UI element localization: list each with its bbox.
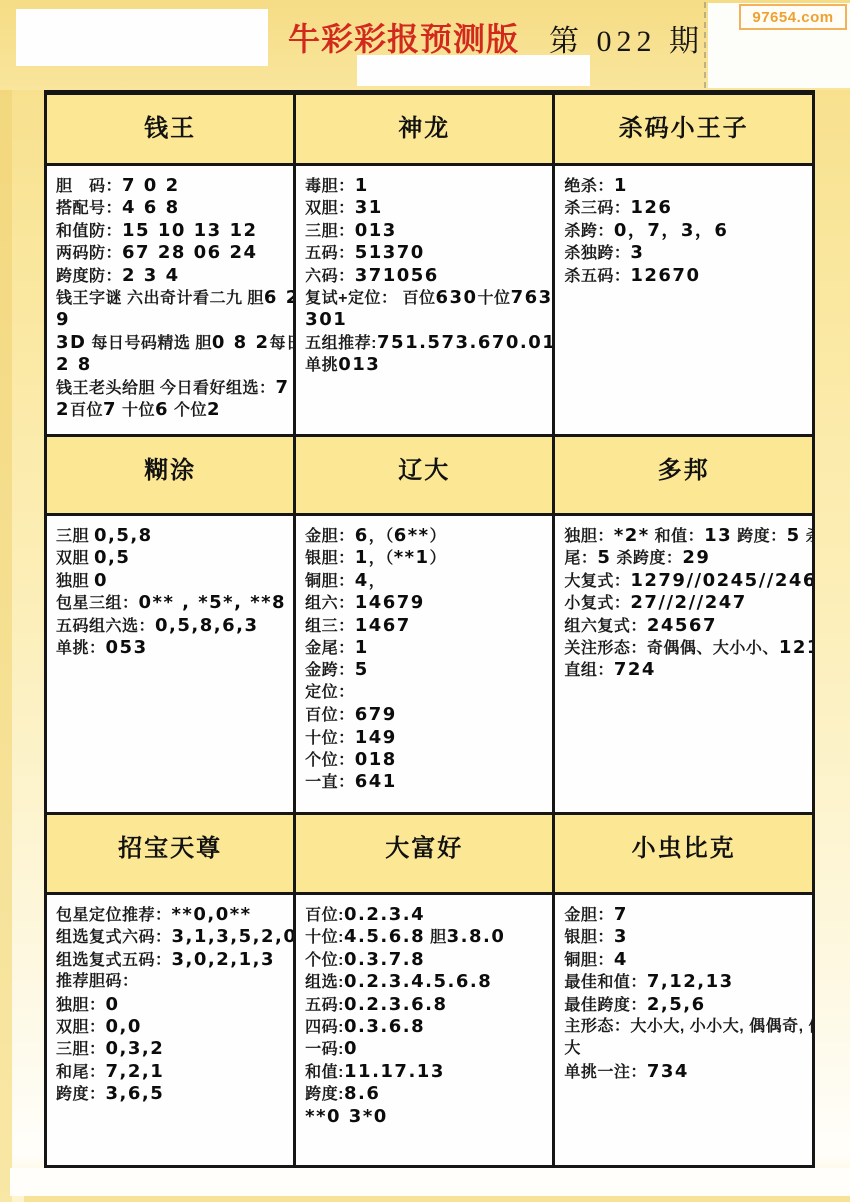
- prediction-line: 三胆：013: [305, 220, 549, 242]
- prediction-label: 组选复式五码：: [56, 952, 172, 969]
- prediction-value: 6 2: [264, 287, 296, 308]
- prediction-value: 6**: [394, 525, 430, 546]
- prediction-value: 5: [787, 525, 801, 546]
- prediction-label: 一直：: [305, 774, 355, 791]
- prediction-value: 2: [207, 399, 221, 420]
- issue-number: 第 022 期: [549, 16, 704, 60]
- prediction-value: 371056: [355, 265, 439, 286]
- prediction-line: 小复式：27//2//247: [564, 592, 809, 614]
- section-header-dafuhao: 大富好: [296, 815, 555, 895]
- prediction-line: 大: [564, 1038, 809, 1060]
- prediction-line: 铜胆：4: [564, 949, 809, 971]
- section-title: 神龙: [398, 108, 450, 143]
- prediction-label: 独胆: [56, 573, 94, 590]
- prediction-value: 51370: [355, 242, 425, 263]
- prediction-label: 五码：: [305, 245, 355, 262]
- prediction-label: 绝杀：: [564, 178, 614, 195]
- prediction-label: 毒胆：: [305, 178, 355, 195]
- prediction-line: 和尾：7,2,1: [56, 1061, 290, 1083]
- prediction-value: 5: [597, 547, 611, 568]
- prediction-value: 6: [155, 399, 169, 420]
- prediction-label: 胆 码：: [56, 178, 122, 195]
- prediction-label: 大: [564, 1040, 581, 1057]
- prediction-table: 钱王 神龙 杀码小王子 胆 码：7 0 2搭配号：4 6 8和值防：15 10 …: [44, 90, 815, 1168]
- prediction-label: 每日号码精选 胆: [86, 335, 211, 352]
- prediction-value: 27//2//247: [630, 592, 746, 613]
- prediction-value: 6: [355, 525, 369, 546]
- prediction-value: 121: [779, 637, 812, 658]
- prediction-value: 1: [355, 175, 369, 196]
- prediction-line: 单挑一注：734: [564, 1061, 809, 1083]
- prediction-label: 跨度:: [305, 1086, 344, 1103]
- prediction-label: 六码：: [305, 268, 355, 285]
- prediction-value: 29: [682, 547, 710, 568]
- dashed-cut-line: [704, 2, 706, 88]
- section-header-duobang: 多邦: [555, 437, 812, 516]
- prediction-line: 跨度防：2 3 4: [56, 265, 290, 287]
- prediction-line: 杀三码：126: [564, 197, 809, 219]
- section-content-qianwang: 胆 码：7 0 2搭配号：4 6 8和值防：15 10 13 12两码防：67 …: [47, 166, 296, 437]
- prediction-label: 杀和: [801, 528, 812, 545]
- prediction-line: 百位:0.2.3.4: [305, 904, 549, 926]
- prediction-value: 3.8.0: [447, 926, 506, 947]
- prediction-label: 三胆: [56, 528, 94, 545]
- prediction-label: 杀跨度：: [611, 550, 682, 567]
- prediction-line: 搭配号：4 6 8: [56, 197, 290, 219]
- prediction-line: 五组推荐:751.573.670.015.763.: [305, 332, 549, 354]
- prediction-label: 主形态：大小大, 小小大, 偶偶奇, 偶奇: [564, 1018, 812, 1035]
- prediction-line: 组选复式五码：3,0,2,1,3: [56, 949, 290, 971]
- prediction-label: 十位: [117, 402, 155, 419]
- prediction-label: ）: [430, 550, 447, 567]
- prediction-line: 包星三组：0** , *5*, **8: [56, 592, 290, 614]
- prediction-value: 734: [647, 1061, 689, 1082]
- prediction-line: 大复式：1279//0245//2467: [564, 570, 809, 592]
- prediction-line: 三胆：0,3,2: [56, 1038, 290, 1060]
- section-title: 大富好: [385, 828, 463, 863]
- section-content-hutu: 三胆 0,5,8双胆 0,5独胆 0包星三组：0** , *5*, **8五码组…: [47, 516, 296, 815]
- section-header-shamaxiaowangzi: 杀码小王子: [555, 95, 812, 166]
- prediction-value: 1: [355, 547, 369, 568]
- prediction-value: 0,5,8: [94, 525, 153, 546]
- prediction-value: 0.2.3.4.5.6.8: [344, 971, 492, 992]
- prediction-value: 3: [630, 242, 644, 263]
- prediction-label: 五码:: [305, 997, 344, 1014]
- prediction-value: 3: [614, 926, 628, 947]
- prediction-value: 24567: [647, 615, 717, 636]
- prediction-line: 五码组六选：0,5,8,6,3: [56, 615, 290, 637]
- prediction-line: 直组：724: [564, 659, 809, 681]
- prediction-value: 149: [355, 727, 397, 748]
- prediction-label: 杀独跨：: [564, 245, 630, 262]
- section-content-dafuhao: 百位:0.2.3.4十位:4.5.6.8 胆3.8.0个位:0.3.7.8组选:…: [296, 895, 555, 1165]
- prediction-label: 单挑：: [56, 640, 106, 657]
- prediction-line: 三胆 0,5,8: [56, 525, 290, 547]
- prediction-label: 推荐胆码：: [56, 973, 139, 990]
- prediction-line: 定位：: [305, 682, 549, 704]
- prediction-line: 组选复式六码：3,1,3,5,2,0: [56, 926, 290, 948]
- prediction-line: 一直：641: [305, 771, 549, 793]
- prediction-value: 0: [94, 570, 108, 591]
- prediction-line: 双胆：0,0: [56, 1016, 290, 1038]
- blank-box-left: [16, 9, 268, 66]
- section-header-zhaobaotianzun: 招宝天尊: [47, 815, 296, 895]
- prediction-label: 五组推荐:: [305, 335, 377, 352]
- prediction-value: 751.573.670.015.763.: [377, 332, 555, 353]
- prediction-line: 钱王字谜 六出奇计看二九 胆6 2: [56, 287, 290, 309]
- prediction-value: 2,5,6: [647, 994, 706, 1015]
- prediction-label: 五码组六选：: [56, 618, 155, 635]
- prediction-line: 杀五码：12670: [564, 265, 809, 287]
- prediction-value: 13: [704, 525, 732, 546]
- prediction-label: 百位: [70, 402, 103, 419]
- prediction-label: 和值:: [305, 1064, 344, 1081]
- prediction-value: 301: [305, 309, 347, 330]
- section-title: 糊涂: [144, 450, 196, 485]
- prediction-label: 复试+定位： 百位: [305, 290, 435, 307]
- prediction-label: 十位: [478, 290, 511, 307]
- prediction-value: 4: [355, 570, 369, 591]
- prediction-line: 组三：1467: [305, 615, 549, 637]
- section-title: 小虫比克: [632, 828, 736, 863]
- prediction-label: 铜胆：: [305, 573, 355, 590]
- prediction-value: 1467: [355, 615, 411, 636]
- section-content-xiaochongbike: 金胆：7银胆：3铜胆：4最佳和值：7,12,13最佳跨度：2,5,6主形态：大小…: [555, 895, 812, 1165]
- prediction-label: 两码防：: [56, 245, 122, 262]
- prediction-label: 杀五码：: [564, 268, 630, 285]
- prediction-line: 2百位7 十位6 个位2: [56, 399, 290, 421]
- prediction-line: 最佳跨度：2,5,6: [564, 994, 809, 1016]
- prediction-value: 0.2.3.6.8: [344, 994, 447, 1015]
- prediction-value: 2 3 4: [122, 265, 180, 286]
- section-header-xiaochongbike: 小虫比克: [555, 815, 812, 895]
- prediction-value: 3,6,5: [106, 1083, 165, 1104]
- prediction-value: 11.17.13: [344, 1061, 445, 1082]
- section-header-qianwang: 钱王: [47, 95, 296, 166]
- prediction-label: 双胆: [56, 550, 94, 567]
- prediction-line: 绝杀：1: [564, 175, 809, 197]
- prediction-value: 053: [106, 637, 148, 658]
- prediction-line: 金尾：1: [305, 637, 549, 659]
- prediction-label: 金跨：: [305, 662, 355, 679]
- prediction-line: 包星定位推荐：**0,0**: [56, 904, 290, 926]
- prediction-line: 双胆 0,5: [56, 547, 290, 569]
- prediction-label: 组六复式：: [564, 618, 647, 635]
- prediction-label: 个位: [169, 402, 207, 419]
- prediction-label: ，: [369, 573, 386, 590]
- prediction-line: 独胆 0: [56, 570, 290, 592]
- prediction-label: 跨度：: [56, 1086, 106, 1103]
- prediction-line: 独胆：*2* 和值：13 跨度：5 杀和: [564, 525, 809, 547]
- prediction-line: 和值:11.17.13: [305, 1061, 549, 1083]
- prediction-value: 679: [355, 704, 397, 725]
- prediction-value: 4 6 8: [122, 197, 180, 218]
- prediction-line: 9: [56, 309, 290, 331]
- prediction-value: 1: [355, 637, 369, 658]
- prediction-value: 018: [355, 749, 397, 770]
- prediction-label: 和尾：: [56, 1064, 106, 1081]
- prediction-label: 金胆：: [564, 907, 614, 924]
- page-title: 牛彩彩报预测版: [288, 14, 519, 60]
- prediction-label: 定位：: [305, 684, 355, 701]
- prediction-label: 银胆：: [564, 929, 614, 946]
- prediction-line: 银胆：3: [564, 926, 809, 948]
- prediction-label: 金胆：: [305, 528, 355, 545]
- prediction-value: 0** , *5*, **8: [139, 592, 287, 613]
- prediction-label: 组选:: [305, 974, 344, 991]
- prediction-label: 钱王字谜 六出奇计看二九 胆: [56, 290, 264, 307]
- prediction-line: 和值防：15 10 13 12: [56, 220, 290, 242]
- prediction-value: 724: [614, 659, 656, 680]
- prediction-value: 1: [614, 175, 628, 196]
- prediction-line: 五码:0.2.3.6.8: [305, 994, 549, 1016]
- section-content-liaoda: 金胆：6，（6**）银胆：1，（**1）铜胆：4，组六：14679组三：1467…: [296, 516, 555, 815]
- prediction-value: 3,0,2,1,3: [172, 949, 275, 970]
- prediction-label: 三胆：: [305, 223, 355, 240]
- prediction-label: 三胆：: [56, 1041, 106, 1058]
- prediction-label: 十位：: [305, 730, 355, 747]
- prediction-line: 301: [305, 309, 549, 331]
- section-content-zhaobaotianzun: 包星定位推荐：**0,0**组选复式六码：3,1,3,5,2,0组选复式五码：3…: [47, 895, 296, 1165]
- prediction-label: 单挑一注：: [564, 1064, 647, 1081]
- prediction-line: 四码:0.3.6.8: [305, 1016, 549, 1038]
- prediction-value: 0: [106, 994, 120, 1015]
- prediction-line: 胆 码：7 0 2: [56, 175, 290, 197]
- section-title: 钱王: [144, 108, 196, 143]
- section-content-shenlong: 毒胆：1双胆：31三胆：013五码：51370六码：371056复试+定位： 百…: [296, 166, 555, 437]
- prediction-label: 组三：: [305, 618, 355, 635]
- prediction-label: 杀跨：: [564, 223, 614, 240]
- prediction-line: 推荐胆码：: [56, 971, 290, 993]
- prediction-line: 五码：51370: [305, 242, 549, 264]
- prediction-line: 跨度：3,6,5: [56, 1083, 290, 1105]
- prediction-line: 杀跨：0，7，3，6: [564, 220, 809, 242]
- page-bottom-edge: [24, 1196, 850, 1202]
- page-left-edge: [0, 0, 12, 1202]
- prediction-label: 独胆：: [56, 997, 106, 1014]
- prediction-line: 金胆：6，（6**）: [305, 525, 549, 547]
- prediction-line: 跨度:8.6: [305, 1083, 549, 1105]
- prediction-line: 六码：371056: [305, 265, 549, 287]
- prediction-line: 一码:0: [305, 1038, 549, 1060]
- prediction-label: 和值防：: [56, 223, 122, 240]
- prediction-value: 8.6: [344, 1083, 380, 1104]
- prediction-label: 百位:: [305, 907, 344, 924]
- watermark-text: 97654.com: [752, 9, 833, 26]
- prediction-label: 跨度：: [732, 528, 786, 545]
- prediction-value: 5: [355, 659, 369, 680]
- prediction-label: 一码:: [305, 1041, 344, 1058]
- prediction-label: 金尾：: [305, 640, 355, 657]
- prediction-label: 单挑: [305, 357, 338, 374]
- prediction-line: 杀独跨：3: [564, 242, 809, 264]
- prediction-line: 组六：14679: [305, 592, 549, 614]
- prediction-value: **0 3*0: [305, 1106, 388, 1127]
- prediction-label: 双胆：: [305, 200, 355, 217]
- prediction-value: 31: [355, 197, 383, 218]
- prediction-line: 双胆：31: [305, 197, 549, 219]
- prediction-line: 个位:0.3.7.8: [305, 949, 549, 971]
- prediction-value: 0，7，3，6: [614, 220, 729, 241]
- prediction-label: 个位：: [305, 752, 355, 769]
- prediction-value: 0.3.6.8: [344, 1016, 425, 1037]
- prediction-line: 两码防：67 28 06 24: [56, 242, 290, 264]
- prediction-label: 铜胆：: [564, 952, 614, 969]
- prediction-label: 包星定位推荐：: [56, 907, 172, 924]
- prediction-value: 7,12,13: [647, 971, 734, 992]
- prediction-line: 独胆：0: [56, 994, 290, 1016]
- top-banner: 牛彩彩报预测版 第 022 期 97654.com: [0, 0, 850, 90]
- prediction-line: 2 8: [56, 354, 290, 376]
- section-title: 招宝天尊: [118, 828, 222, 863]
- prediction-value: 126: [630, 197, 672, 218]
- prediction-line: 百位：679: [305, 704, 549, 726]
- section-header-liaoda: 辽大: [296, 437, 555, 516]
- prediction-value: 7 0 2: [122, 175, 180, 196]
- watermark-badge: 97654.com: [739, 4, 847, 30]
- prediction-label: 搭配号：: [56, 200, 122, 217]
- prediction-value: 2: [56, 399, 70, 420]
- prediction-line: 关注形态：奇偶偶、大小小、121路: [564, 637, 809, 659]
- prediction-value: 013: [355, 220, 397, 241]
- prediction-label: 直组：: [564, 662, 614, 679]
- prediction-label: 最佳跨度：: [564, 997, 647, 1014]
- prediction-line: 复试+定位： 百位630十位763个位: [305, 287, 549, 309]
- prediction-label: ）: [430, 528, 447, 545]
- prediction-label: 关注形态：奇偶偶、大小小、: [564, 640, 779, 657]
- prediction-value: 3D: [56, 332, 86, 353]
- prediction-label: 十位:: [305, 929, 344, 946]
- prediction-value: 0 8 2: [212, 332, 270, 353]
- prediction-label: 尾：: [564, 550, 597, 567]
- section-title: 多邦: [658, 450, 710, 485]
- prediction-value: 4.5.6.8: [344, 926, 425, 947]
- prediction-line: 3D 每日号码精选 胆0 8 2每日精选: [56, 332, 290, 354]
- prediction-line: 银胆：1，（**1）: [305, 547, 549, 569]
- section-header-hutu: 糊涂: [47, 437, 296, 516]
- section-content-shamaxiaowangzi: 绝杀：1杀三码：126杀跨：0，7，3，6杀独跨：3杀五码：12670: [555, 166, 812, 437]
- prediction-line: 单挑013: [305, 354, 549, 376]
- prediction-label: 组六：: [305, 595, 355, 612]
- prediction-value: 14679: [355, 592, 425, 613]
- prediction-value: 67 28 06 24: [122, 242, 258, 263]
- section-content-duobang: 独胆：*2* 和值：13 跨度：5 杀和尾：5 杀跨度：29大复式：1279//…: [555, 516, 812, 815]
- prediction-value: 763: [511, 287, 553, 308]
- prediction-value: 7 6: [275, 377, 296, 398]
- prediction-line: 主形态：大小大, 小小大, 偶偶奇, 偶奇: [564, 1016, 809, 1038]
- bottom-margin: [10, 1168, 850, 1196]
- prediction-value: 0.3.7.8: [344, 949, 425, 970]
- prediction-label: 组选复式六码：: [56, 929, 172, 946]
- prediction-line: 最佳和值：7,12,13: [564, 971, 809, 993]
- prediction-label: ，（: [369, 528, 394, 545]
- section-title: 杀码小王子: [619, 108, 749, 143]
- prediction-value: 7: [103, 399, 117, 420]
- prediction-value: 641: [355, 771, 397, 792]
- prediction-label: 百位：: [305, 707, 355, 724]
- prediction-line: **0 3*0: [305, 1106, 549, 1128]
- section-title: 辽大: [398, 450, 450, 485]
- prediction-value: 0.2.3.4: [344, 904, 425, 925]
- prediction-label: 四码:: [305, 1019, 344, 1036]
- prediction-line: 金胆：7: [564, 904, 809, 926]
- prediction-line: 组六复式：24567: [564, 615, 809, 637]
- prediction-value: 4: [614, 949, 628, 970]
- prediction-label: ，（: [369, 550, 394, 567]
- prediction-line: 个位：018: [305, 749, 549, 771]
- prediction-line: 十位:4.5.6.8 胆3.8.0: [305, 926, 549, 948]
- prediction-value: 7,2,1: [106, 1061, 165, 1082]
- prediction-label: 最佳和值：: [564, 974, 647, 991]
- prediction-line: 单挑：053: [56, 637, 290, 659]
- prediction-label: 包星三组：: [56, 595, 139, 612]
- prediction-label: 双胆：: [56, 1019, 106, 1036]
- prediction-label: 银胆：: [305, 550, 355, 567]
- prediction-value: 0,5,8,6,3: [155, 615, 258, 636]
- prediction-value: 1279//0245//2467: [630, 570, 812, 591]
- prediction-value: 15 10 13 12: [122, 220, 258, 241]
- prediction-value: 7: [614, 904, 628, 925]
- prediction-label: 胆: [425, 929, 446, 946]
- prediction-line: 钱王老头给胆 今日看好组选：7 6: [56, 377, 290, 399]
- prediction-line: 铜胆：4，: [305, 570, 549, 592]
- prediction-value: 0: [344, 1038, 358, 1059]
- section-header-shenlong: 神龙: [296, 95, 555, 166]
- prediction-value: 0,0: [106, 1016, 142, 1037]
- prediction-value: 013: [338, 354, 380, 375]
- prediction-value: 630: [435, 287, 477, 308]
- prediction-line: 十位：149: [305, 727, 549, 749]
- prediction-line: 组选:0.2.3.4.5.6.8: [305, 971, 549, 993]
- prediction-value: 12670: [630, 265, 700, 286]
- prediction-line: 毒胆：1: [305, 175, 549, 197]
- prediction-label: 和值：: [650, 528, 704, 545]
- prediction-label: 钱王老头给胆 今日看好组选：: [56, 380, 275, 397]
- prediction-value: 2 8: [56, 354, 92, 375]
- prediction-label: 每日精选: [269, 335, 296, 352]
- prediction-label: 大复式：: [564, 573, 630, 590]
- prediction-label: 独胆：: [564, 528, 614, 545]
- prediction-value: **1: [394, 547, 430, 568]
- prediction-label: 跨度防：: [56, 268, 122, 285]
- prediction-value: **0,0**: [172, 904, 252, 925]
- prediction-line: 尾：5 杀跨度：29: [564, 547, 809, 569]
- prediction-value: *2*: [614, 525, 650, 546]
- prediction-value: 9: [56, 309, 70, 330]
- prediction-label: 小复式：: [564, 595, 630, 612]
- prediction-value: 3,1,3,5,2,0: [172, 926, 297, 947]
- prediction-value: 0,5: [94, 547, 130, 568]
- prediction-label: 杀三码：: [564, 200, 630, 217]
- prediction-value: 0,3,2: [106, 1038, 165, 1059]
- prediction-label: 个位:: [305, 952, 344, 969]
- prediction-line: 金跨：5: [305, 659, 549, 681]
